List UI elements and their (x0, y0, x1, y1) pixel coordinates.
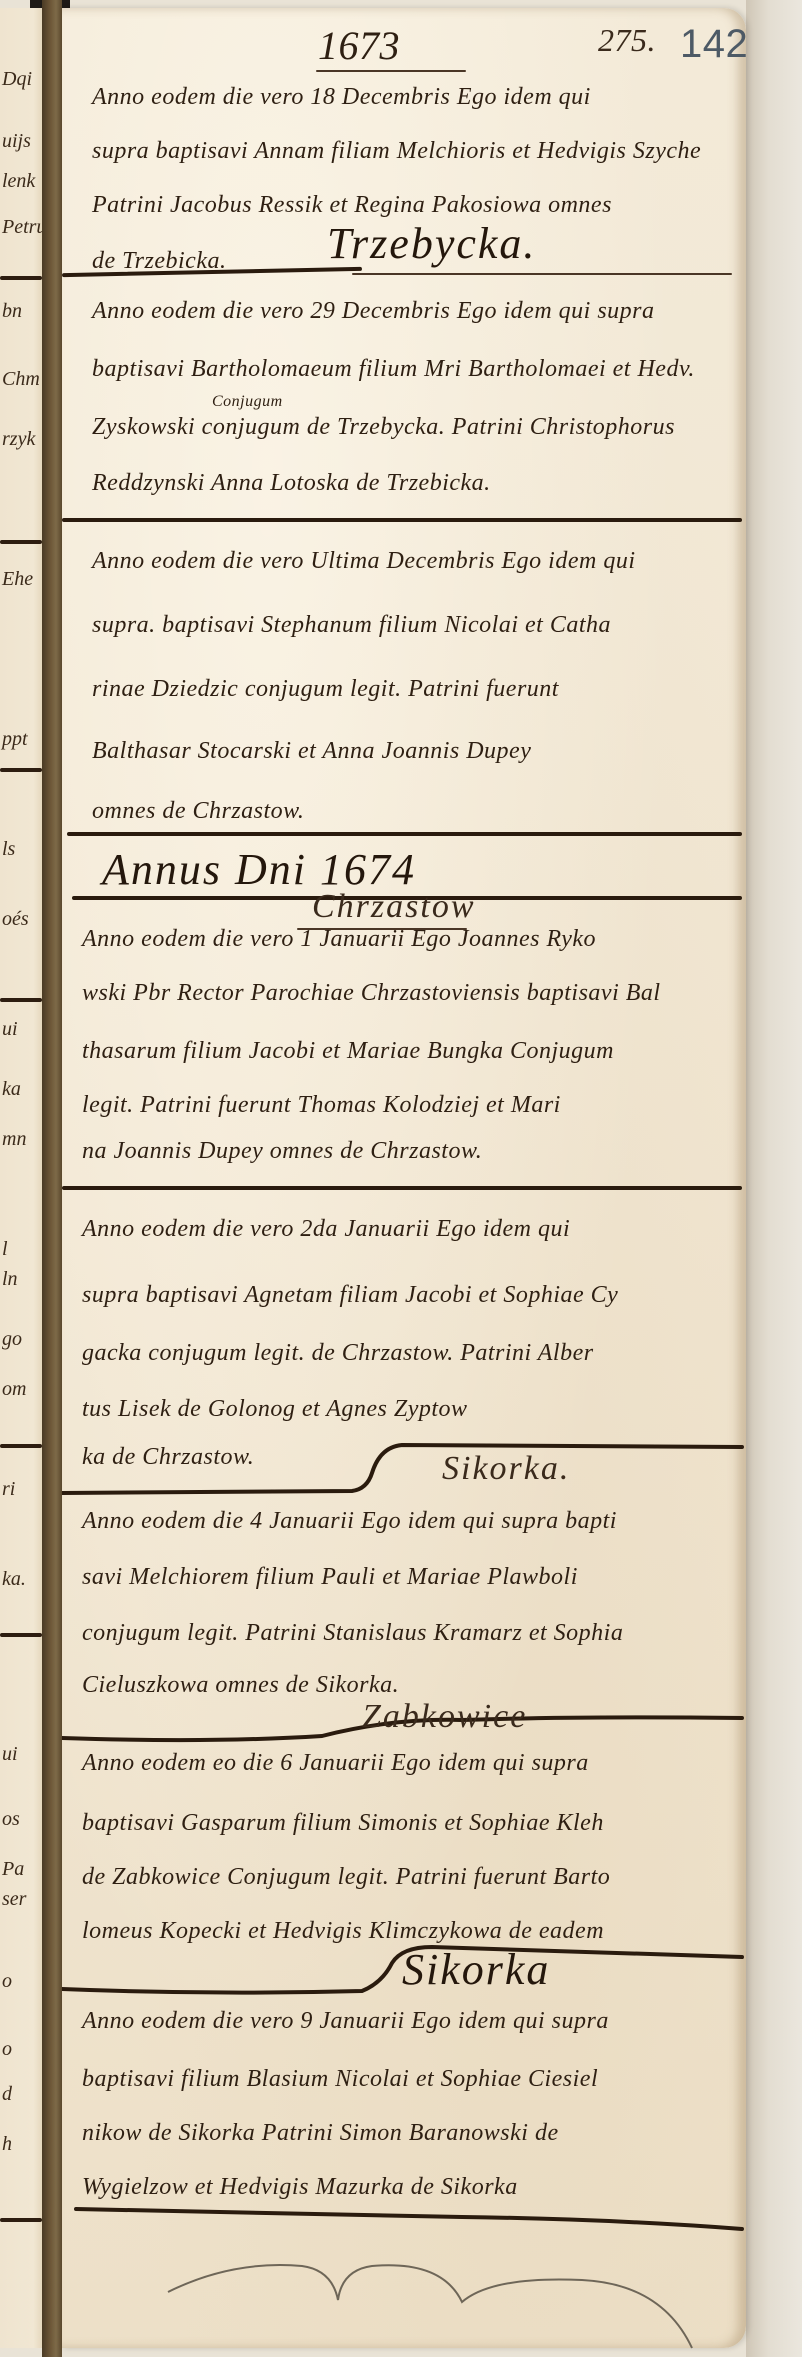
entry-line: Wygielzow et Hedvigis Mazurka de Sikorka (82, 2174, 518, 2201)
book-gutter (42, 0, 62, 2357)
entry-line: baptisavi Bartholomaeum filium Mri Barth… (92, 356, 695, 383)
entry-line: Anno eodem eo die 6 Januarii Ego idem qu… (82, 1750, 589, 1777)
village-heading: Sikorka. (442, 1450, 570, 1488)
left-fragment: uijs (2, 130, 31, 153)
left-fragment: Pa (2, 1858, 24, 1881)
left-fragment: o (2, 1970, 12, 1993)
entry-line: supra baptisavi Annam filiam Melchioris … (92, 138, 701, 165)
village-heading: Trzebycka. (327, 218, 536, 269)
left-fragment: o (2, 2038, 12, 2061)
entry-line: Anno eodem die vero 1 Januarii Ego Joann… (82, 926, 596, 953)
left-fragment: bn (2, 300, 22, 323)
left-fragment: rzyk (2, 428, 35, 451)
entry-divider (67, 832, 742, 836)
entry-line: gacka conjugum legit. de Chrzastow. Patr… (82, 1340, 594, 1367)
entry-line: savi Melchiorem filium Pauli et Mariae P… (82, 1564, 578, 1591)
entry-line: legit. Patrini fuerunt Thomas Kolodziej … (82, 1092, 561, 1119)
left-fragment: ka (2, 1078, 21, 1101)
left-fragment: Ehe (2, 568, 33, 591)
left-fragment: Petru (2, 216, 42, 239)
entry-line: Anno eodem die vero 29 Decembris Ego ide… (92, 298, 655, 325)
entry-line: thasarum filium Jacobi et Mariae Bungka … (82, 1038, 614, 1065)
left-fragment: h (2, 2133, 12, 2156)
page-edge-shadow (746, 0, 802, 2357)
entry-line: Zyskowski conjugum de Trzebycka. Patrini… (92, 414, 675, 441)
village-heading: Chrzastow (312, 888, 476, 926)
folio-number-pencil: 142 (680, 22, 748, 67)
entry-line: conjugum legit. Patrini Stanislaus Krama… (82, 1620, 623, 1647)
left-fragment: ser (2, 1888, 26, 1911)
entry-line: Anno eodem die vero 2da Januarii Ego ide… (82, 1216, 570, 1243)
entry-line: baptisavi Gasparum filium Simonis et Sop… (82, 1810, 604, 1837)
entry-line: Balthasar Stocarski et Anna Joannis Dupe… (92, 738, 531, 765)
interlinear-note: Conjugum (212, 393, 283, 411)
entry-line: supra baptisavi Agnetam filiam Jacobi et… (82, 1282, 618, 1309)
left-fragment: ls (2, 838, 15, 861)
year-underline (316, 70, 466, 72)
entry-line: na Joannis Dupey omnes de Chrzastow. (82, 1138, 482, 1165)
entry-divider (352, 273, 732, 275)
left-rule (0, 1444, 42, 1448)
pencil-scallop-flourish (162, 2260, 762, 2350)
village-heading: Zabkowice (362, 1698, 527, 1736)
folio-number-ink: 275. (598, 22, 656, 59)
register-page: 1673 275. 142 Anno eodem die vero 18 Dec… (62, 8, 746, 2348)
entry-line: nikow de Sikorka Patrini Simon Baranowsk… (82, 2120, 559, 2147)
entry-divider (62, 518, 742, 522)
left-fragment: go (2, 1328, 22, 1351)
entry-divider-final (62, 2203, 746, 2243)
left-rule (0, 1633, 42, 1637)
left-fragment: om (2, 1378, 26, 1401)
left-fragment: ln (2, 1268, 18, 1291)
entry-line: Anno eodem die vero 9 Januarii Ego idem … (82, 2008, 609, 2035)
left-rule (0, 276, 42, 280)
left-rule (0, 540, 42, 544)
entry-line: omnes de Chrzastow. (92, 798, 304, 825)
left-fragment: Chm (2, 368, 40, 391)
left-rule (0, 2218, 42, 2222)
entry-line: de Zabkowice Conjugum legit. Patrini fue… (82, 1864, 610, 1891)
entry-line: Anno eodem die vero 18 Decembris Ego ide… (92, 84, 591, 111)
left-fragment: Dqi (2, 68, 32, 91)
left-rule (0, 768, 42, 772)
entry-line: rinae Dziedzic conjugum legit. Patrini f… (92, 676, 559, 703)
left-fragment: ui (2, 1018, 18, 1041)
entry-line: Cieluszkowa omnes de Sikorka. (82, 1672, 399, 1699)
entry-line: Anno eodem die 4 Januarii Ego idem qui s… (82, 1508, 617, 1535)
entry-divider-stepped (62, 1433, 746, 1503)
entry-divider (62, 1186, 742, 1190)
entry-line: tus Lisek de Golonog et Agnes Zyptow (82, 1396, 468, 1423)
entry-line: Anno eodem die vero Ultima Decembris Ego… (92, 548, 636, 575)
entry-line: supra. baptisavi Stephanum filium Nicola… (92, 612, 611, 639)
village-heading: Sikorka (402, 1944, 550, 1995)
entry-line: Patrini Jacobus Ressik et Regina Pakosio… (92, 192, 612, 219)
left-fragment: d (2, 2083, 12, 2106)
left-fragment: l (2, 1238, 8, 1261)
entry-line: Reddzynski Anna Lotoska de Trzebicka. (92, 470, 491, 497)
entry-line: wski Pbr Rector Parochiae Chrzastoviensi… (82, 980, 661, 1007)
entry-line: baptisavi filium Blasium Nicolai et Soph… (82, 2066, 598, 2093)
year-header: 1673 (318, 22, 400, 69)
left-fragment: ka. (2, 1568, 26, 1591)
left-rule (0, 998, 42, 1002)
left-fragment: lenk (2, 170, 35, 193)
left-fragment: os (2, 1808, 20, 1831)
left-fragment: mn (2, 1128, 26, 1151)
left-fragment: ui (2, 1743, 18, 1766)
adjacent-left-page: Dqi uijs lenk Petru bn Chm rzyk Ehe ppt … (0, 8, 42, 2348)
left-fragment: oés (2, 908, 29, 931)
left-fragment: ppt (2, 728, 28, 751)
left-fragment: ri (2, 1478, 15, 1501)
